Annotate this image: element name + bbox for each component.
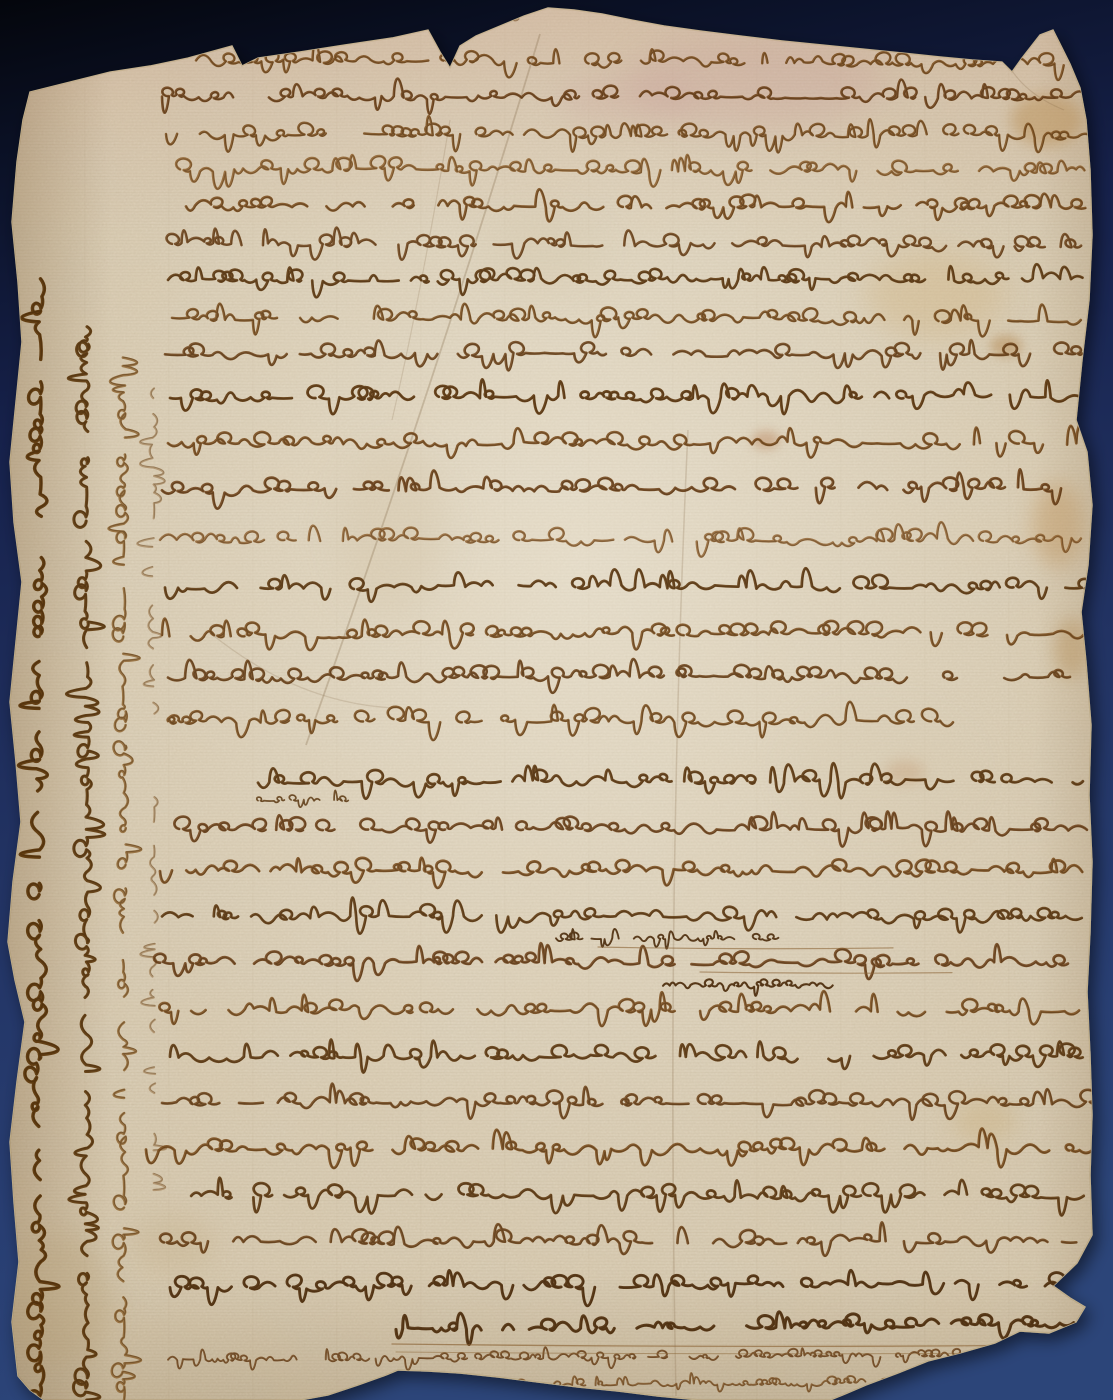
stain [865, 250, 1005, 340]
manuscript-canvas [0, 0, 1113, 1400]
manuscript-photograph [0, 0, 1113, 1400]
stain [1032, 483, 1084, 567]
stain [5, 1235, 115, 1365]
paper-surface [0, 0, 1113, 1400]
